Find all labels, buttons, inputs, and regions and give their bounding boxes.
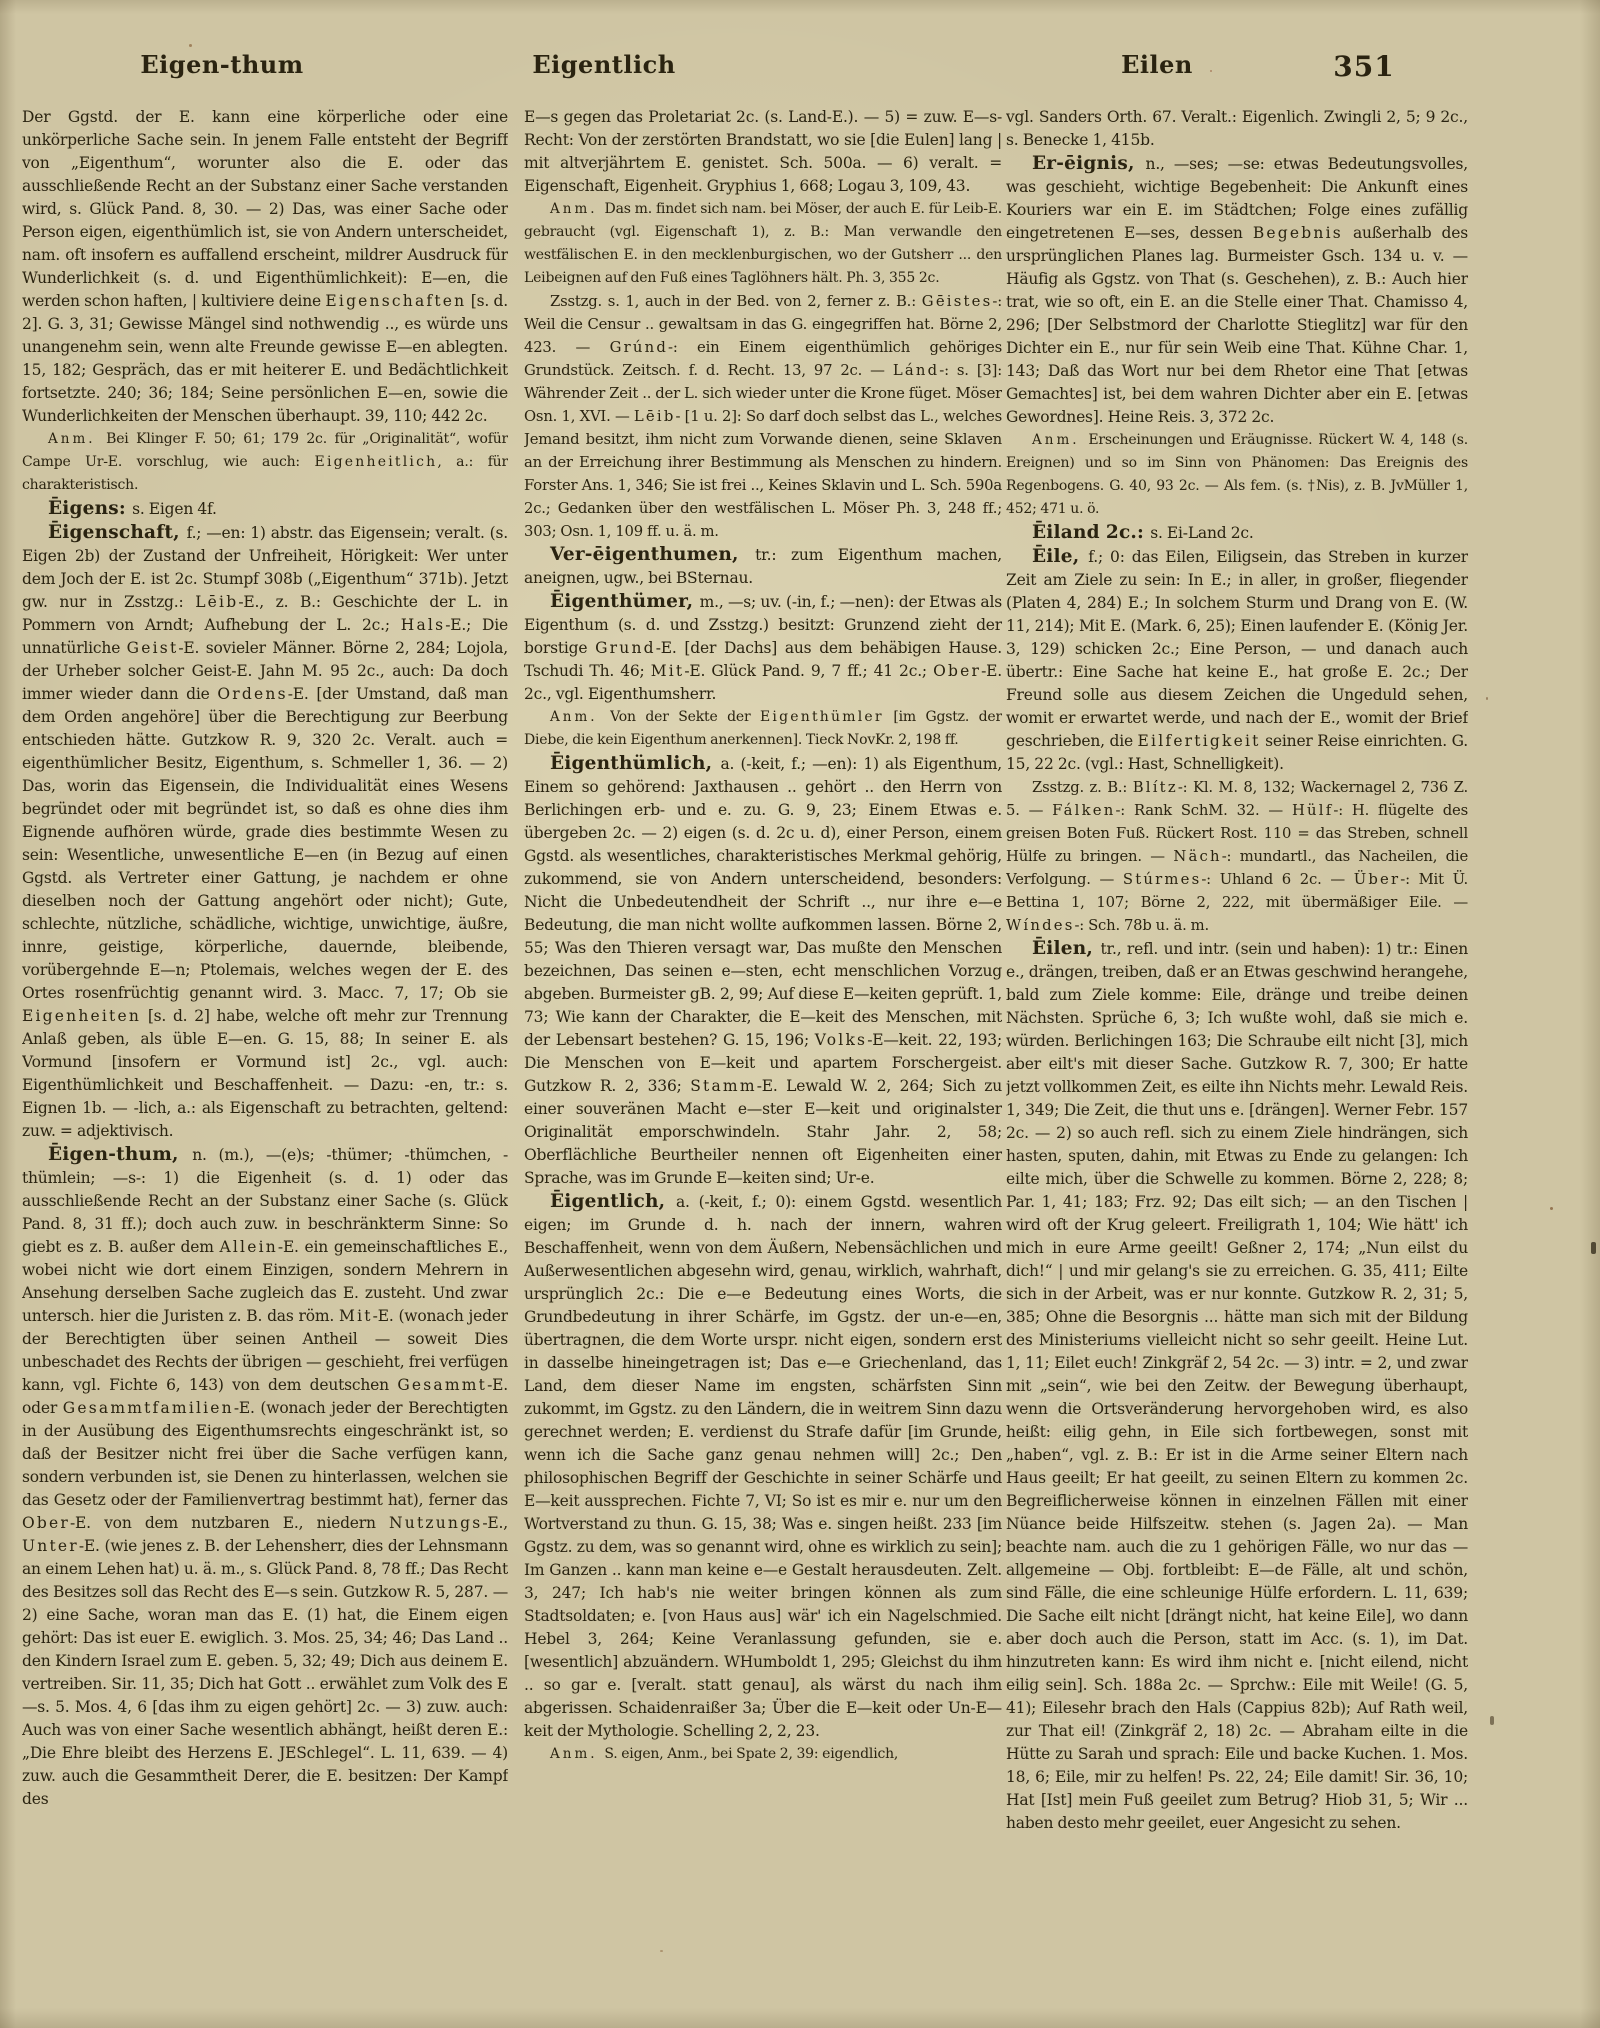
entry-paragraph: Ēilen, tr., refl. und intr. (sein und ha… bbox=[1006, 937, 1468, 1835]
paragraph-label: Anm. bbox=[550, 201, 605, 217]
spaced-term: Gesammt bbox=[397, 1376, 487, 1394]
paragraph-label: Anm. bbox=[1032, 432, 1088, 448]
entry-paragraph: Ēile, f.; 0: das Eilen, Eiligsein, das S… bbox=[1006, 545, 1468, 776]
headword: Ēigenthümer, bbox=[550, 591, 700, 612]
spaced-term: Blítz bbox=[1133, 779, 1178, 796]
running-head-center: Eigentlich bbox=[532, 50, 675, 79]
text-column-3: vgl. Sanders Orth. 67. Veralt.: Eigenlic… bbox=[1006, 106, 1468, 2016]
spaced-term: Über bbox=[1354, 871, 1401, 888]
entry-paragraph: Ēigen-thum, n. (m.), —(e)s; -thümer; -th… bbox=[22, 1143, 508, 1811]
spaced-term: Grund bbox=[595, 639, 656, 657]
entry-paragraph: Ēigentlich, a. (-keit, f.; 0): einem Ggs… bbox=[524, 1190, 1002, 1743]
entry-paragraph: Ver-ēigenthumen, tr.: zum Eigenthum mach… bbox=[524, 543, 1002, 590]
paper-speck bbox=[1486, 697, 1488, 700]
spaced-term: Lánd bbox=[893, 362, 939, 379]
headword: Er-ēignis, bbox=[1032, 153, 1146, 174]
spaced-term: Eigenheiten bbox=[22, 1007, 141, 1025]
spaced-term: Grúnd bbox=[610, 339, 668, 356]
spaced-term: Mit bbox=[651, 662, 685, 680]
page-number: 351 bbox=[1333, 50, 1394, 83]
paragraph-label: Anm. bbox=[550, 1746, 604, 1762]
spaced-term: Begebnis bbox=[1253, 224, 1343, 242]
entry-paragraph: Ēigenschaft, f.; —en: 1) abstr. das Eige… bbox=[22, 521, 508, 1143]
spaced-term: Lēib bbox=[195, 593, 238, 611]
entry-paragraph: Ēiland 2c.: s. Ei-Land 2c. bbox=[1006, 521, 1468, 545]
spaced-term: Nutzungs bbox=[389, 1514, 482, 1532]
spaced-term: Eigenschaften bbox=[325, 292, 466, 310]
paragraph: Zsstzg. s. 1, auch in der Bed. von 2, fe… bbox=[524, 290, 1002, 543]
ink-mark bbox=[1490, 1716, 1494, 1725]
headword: Ēigenthümlich, bbox=[550, 753, 720, 774]
entry-paragraph: Ēigenthümer, m., —s; uv. (-in, f.; —nen)… bbox=[524, 590, 1002, 706]
spaced-term: Mit bbox=[339, 1307, 373, 1325]
text-column-2: E—s gegen das Proletariat 2c. (s. Land-E… bbox=[524, 106, 1002, 2016]
spaced-term: Stúrmes bbox=[1123, 871, 1201, 888]
paragraph: E—s gegen das Proletariat 2c. (s. Land-E… bbox=[524, 106, 1002, 198]
text-column-1: Der Ggstd. der E. kann eine körperliche … bbox=[22, 106, 508, 2016]
spaced-term: Allein bbox=[219, 1238, 277, 1256]
paper-speck bbox=[1210, 70, 1212, 72]
spaced-term: Ober bbox=[933, 662, 981, 680]
spaced-term: Ordens bbox=[217, 685, 287, 703]
paragraph: vgl. Sanders Orth. 67. Veralt.: Eigenlic… bbox=[1006, 106, 1468, 152]
paragraph: Anm. Bei Klinger F. 50; 61; 179 2c. für … bbox=[22, 428, 508, 497]
spaced-term: Näch bbox=[1173, 848, 1221, 865]
paragraph: Anm. Das m. findet sich nam. bei Möser, … bbox=[524, 198, 1002, 290]
entry-paragraph: Ēigenthümlich, a. (-keit, f.; —en): 1) a… bbox=[524, 752, 1002, 1190]
spaced-term: Geist bbox=[127, 639, 179, 657]
running-head-left: Eigen-thum bbox=[140, 50, 303, 79]
spaced-term: Eilfertigkeit bbox=[1138, 732, 1261, 750]
spaced-term: Eigenheitlich bbox=[315, 454, 438, 470]
spaced-term: Hülf bbox=[1292, 802, 1333, 819]
spaced-term: Ober bbox=[22, 1514, 70, 1532]
entry-paragraph: Ēigens: s. Eigen 4f. bbox=[22, 497, 508, 521]
headword: Ēigentlich, bbox=[550, 1191, 676, 1212]
paragraph: Zsstzg. z. B.: Blítz-: Kl. M. 8, 132; Wa… bbox=[1006, 776, 1468, 937]
spaced-term: Unter bbox=[22, 1537, 79, 1555]
running-head-right: Eilen bbox=[1121, 50, 1193, 79]
headword: Ver-ēigenthumen, bbox=[550, 544, 755, 565]
paragraph: Anm. Erscheinungen und Eräugnisse. Rücke… bbox=[1006, 429, 1468, 521]
headword: Ēigens: bbox=[48, 498, 132, 519]
headword: Ēiland 2c.: bbox=[1032, 522, 1150, 543]
paragraph-label: Anm. bbox=[48, 431, 106, 447]
headword: Ēilen, bbox=[1032, 938, 1100, 959]
paragraph-label: Anm. bbox=[550, 709, 610, 725]
headword: Ēigenschaft, bbox=[48, 522, 187, 543]
paragraph: Anm. Von der Sekte der Eigenthümler [im … bbox=[524, 706, 1002, 752]
spaced-term: Gēistes bbox=[922, 293, 993, 310]
spaced-term: Fálken bbox=[1052, 802, 1115, 819]
paragraph: Anm. S. eigen, Anm., bei Spate 2, 39: ei… bbox=[524, 1743, 1002, 1766]
spaced-term: Lēib bbox=[634, 408, 676, 425]
paper-speck bbox=[1550, 1207, 1553, 1210]
spaced-term: Wíndes bbox=[1006, 917, 1075, 934]
spaced-term: Volks bbox=[815, 1031, 867, 1049]
spaced-term: Gesammtfamilien bbox=[63, 1399, 234, 1417]
dictionary-page: Eigen-thum Eigentlich Eilen 351 Der Ggst… bbox=[0, 0, 1600, 2028]
headword: Ēigen-thum, bbox=[48, 1144, 192, 1165]
ink-mark bbox=[1591, 1242, 1596, 1254]
spaced-term: Hals bbox=[401, 616, 445, 634]
entry-paragraph: Er-ēignis, n., —ses; —se: etwas Bedeutun… bbox=[1006, 152, 1468, 429]
spaced-term: Stamm bbox=[690, 1077, 756, 1095]
headword: Ēile, bbox=[1032, 546, 1088, 567]
spaced-term: Eigenthümler bbox=[760, 709, 884, 725]
paragraph: Der Ggstd. der E. kann eine körperliche … bbox=[22, 106, 508, 428]
paper-speck bbox=[189, 44, 192, 47]
